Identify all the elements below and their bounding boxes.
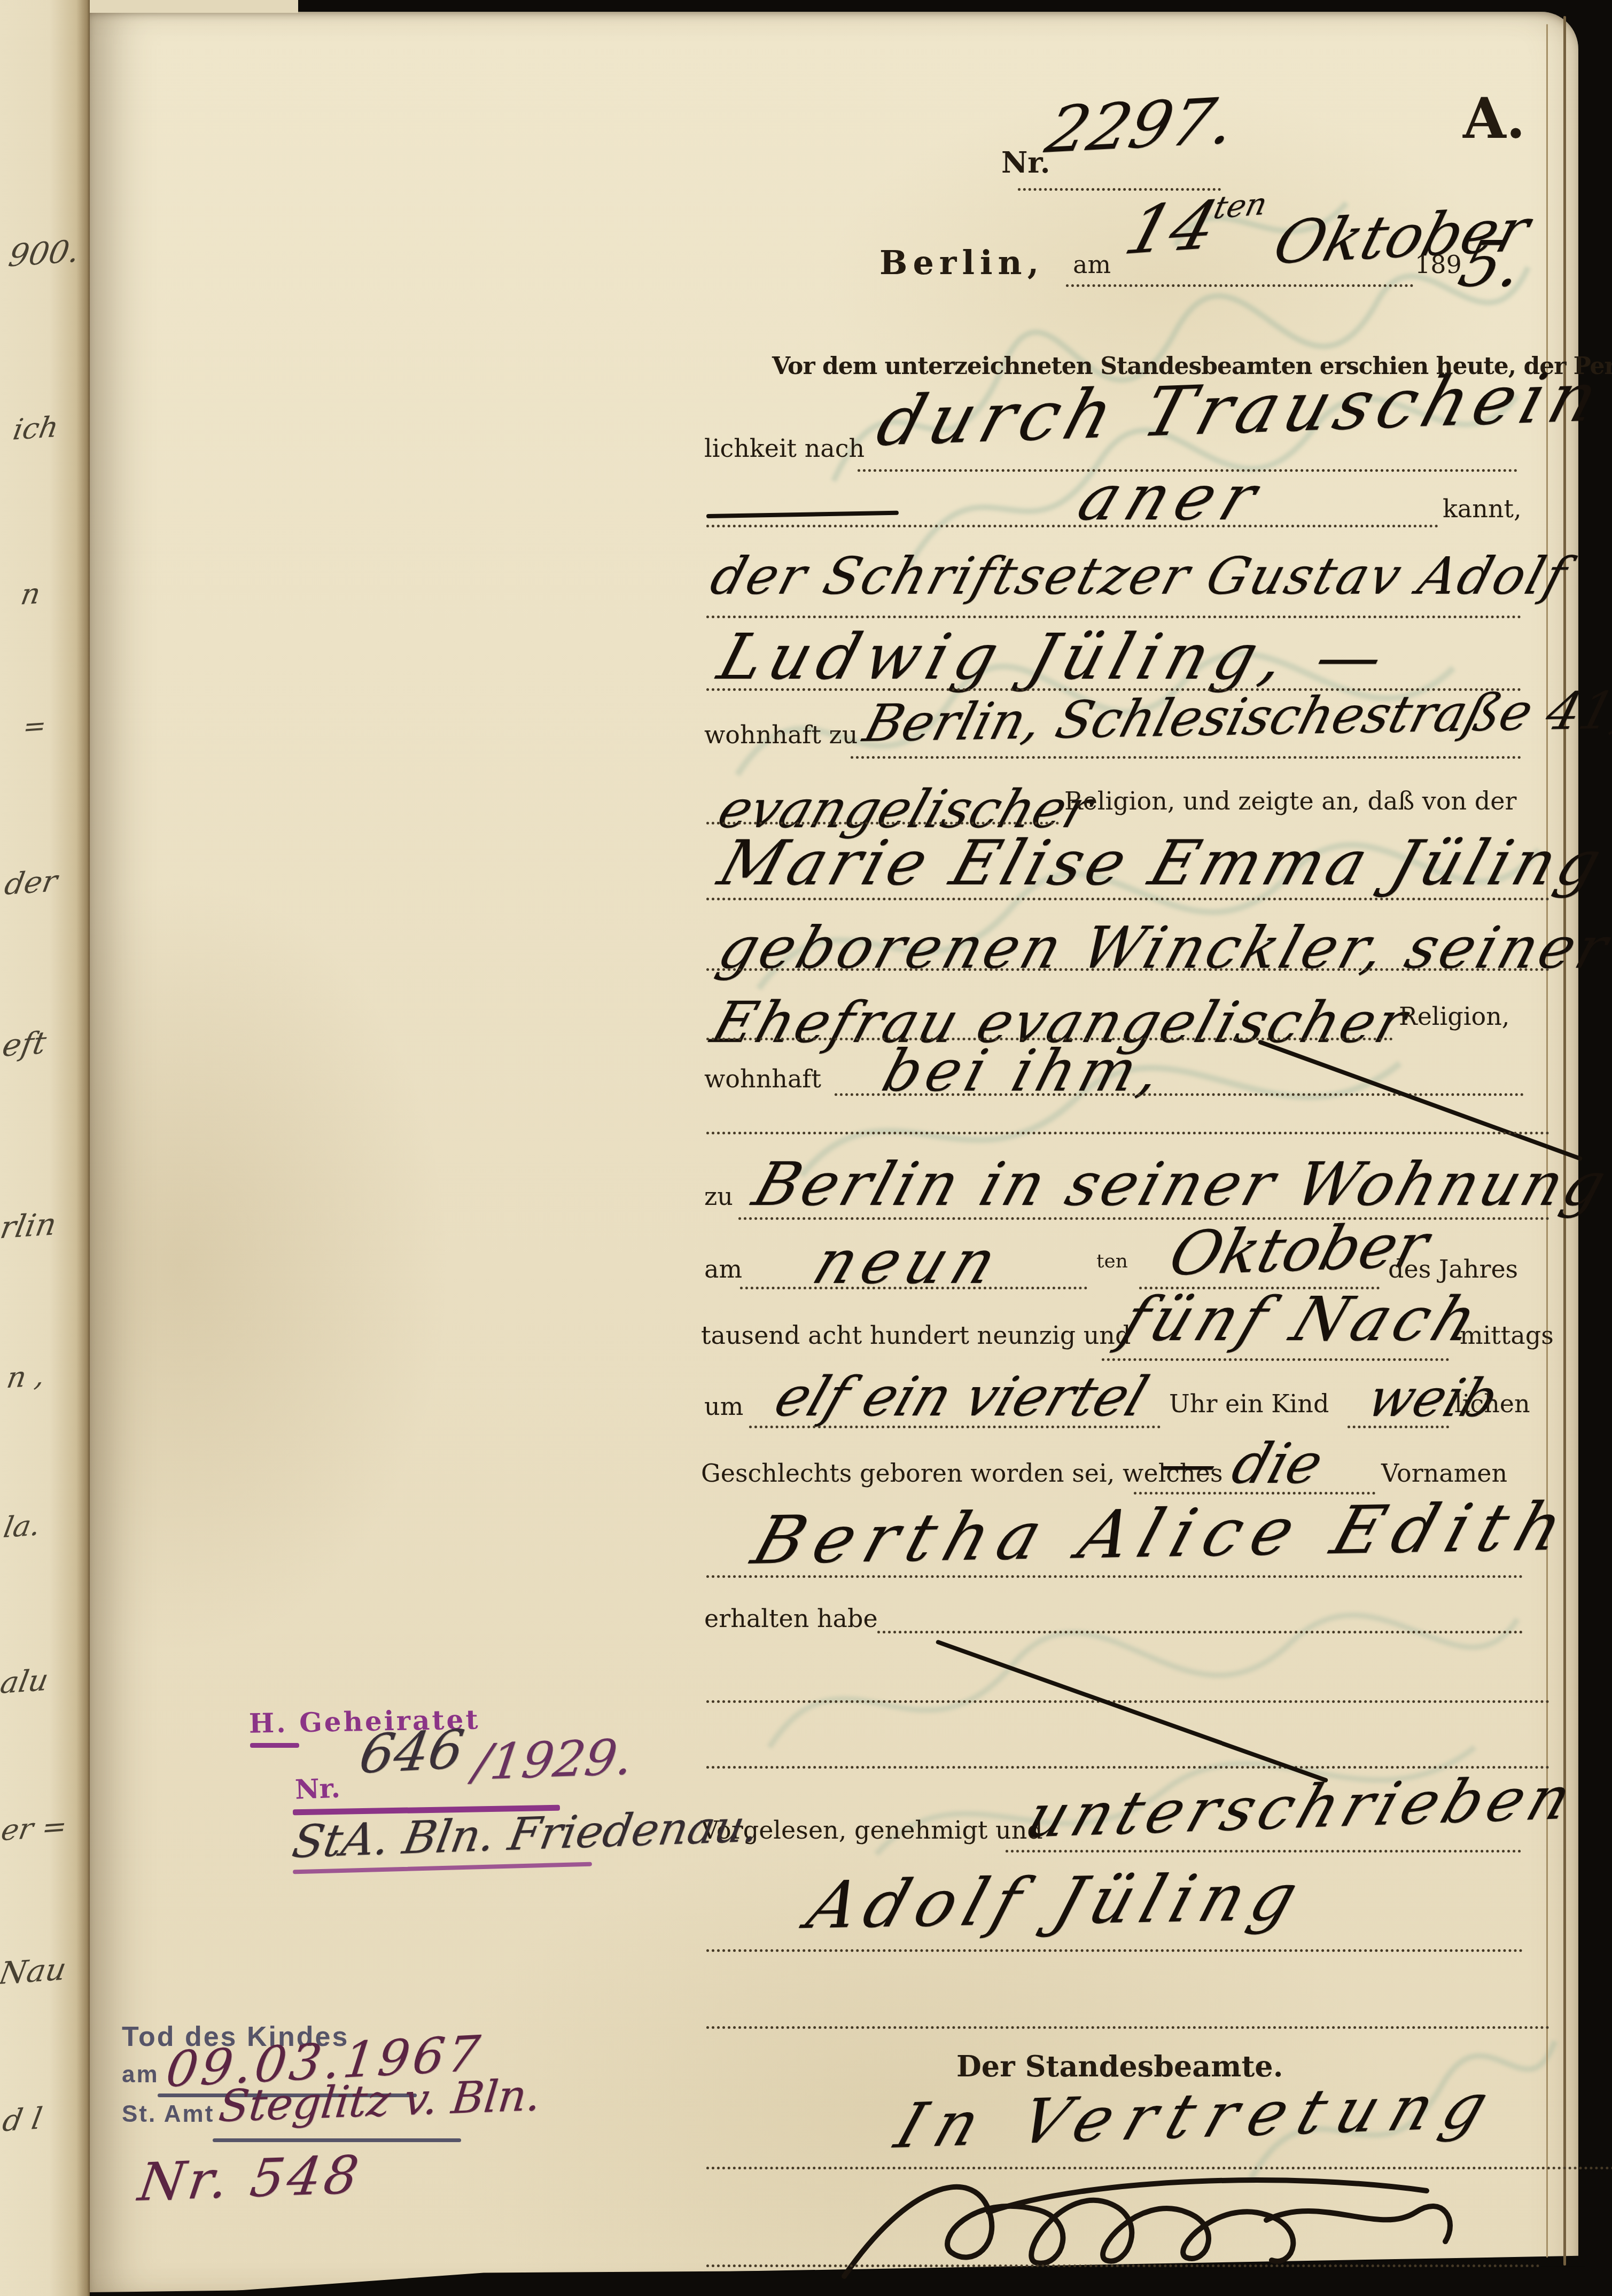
birthplace-value: Berlin in seiner Wohnung — [745, 1150, 1612, 1219]
page-fragment: rlin — [0, 1206, 59, 1246]
married-nr-year: /1929. — [470, 1729, 636, 1791]
dotted-line — [1348, 1426, 1449, 1428]
dotted-line — [706, 1766, 1549, 1769]
sex-suffix-label: lichen — [1454, 1389, 1530, 1418]
death-nr-value: Nr. 548 — [135, 2145, 365, 2213]
dotted-line — [1066, 284, 1413, 287]
birthdate-am-label: am — [704, 1255, 742, 1283]
dotted-line — [835, 1093, 1524, 1096]
vornamen-label: Vornamen — [1381, 1459, 1507, 1488]
page-fragment: alu — [0, 1663, 51, 1701]
dotted-line — [706, 1949, 1523, 1952]
recognized-label: kannt, — [1443, 494, 1522, 523]
page-fragment: der — [2, 864, 60, 902]
corner-letter: A. — [1463, 85, 1525, 151]
dateline-day-suffix: ten — [1210, 185, 1271, 226]
record-number-value: 2297. — [1039, 84, 1243, 168]
married-nr-value: 646 — [355, 1718, 468, 1786]
dotted-line — [706, 2026, 1549, 2029]
received-label: erhalten habe — [704, 1604, 878, 1633]
page-fragment: ich — [11, 410, 61, 447]
mother-birthname-value: geborenen Winckler, seiner — [711, 915, 1612, 982]
page-fragment: 900. — [6, 233, 82, 274]
mother-residence-label: wohnhaft — [704, 1064, 821, 1093]
birthplace-label: zu — [704, 1182, 733, 1211]
dateline-am-label: am — [1073, 250, 1111, 279]
mother-religion-label: Religion, — [1399, 1002, 1509, 1031]
death-am-label: am — [122, 2061, 159, 2088]
declarant-value: der Schriftsetzer Gustav Adolf — [704, 546, 1575, 606]
dotted-line — [706, 898, 1549, 900]
dotted-line — [706, 616, 1521, 618]
dotted-line — [851, 756, 1521, 759]
time-um-label: um — [704, 1392, 743, 1421]
dotted-line — [706, 525, 1438, 527]
page-fragment: d l — [0, 2102, 45, 2139]
dotted-line — [706, 1132, 1549, 1134]
death-office-label: St. Amt — [122, 2101, 214, 2128]
scan-black-right — [1579, 0, 1612, 2296]
previous-page-edge — [0, 0, 90, 2296]
dateline-year-printed: 189 — [1415, 250, 1462, 279]
dotted-line — [740, 1287, 1087, 1289]
page-fragment: n , — [4, 1359, 48, 1395]
dotted-line — [1102, 1358, 1449, 1361]
married-nr-label: Nr. — [294, 1772, 341, 1805]
stamp-underline — [250, 1743, 299, 1748]
stamp-underline — [213, 2138, 461, 2142]
dotted-line — [706, 822, 1059, 824]
vornamen-dash-value: — die — [1151, 1431, 1331, 1496]
scanned-register-page: 900. ich n = der eft rlin n , la. alu er… — [0, 0, 1612, 2296]
father-signature: Adolf Jüling — [799, 1859, 1315, 1943]
time-uhr-label: Uhr ein Kind — [1169, 1389, 1329, 1418]
year-words-label: tausend acht hundert neunzig und — [701, 1321, 1131, 1350]
dotted-line — [706, 968, 1549, 971]
page-fragment: eft — [0, 1024, 49, 1063]
mother-name-value: Marie Elise Emma Jüling — [711, 827, 1612, 899]
identity-label: lichkeit nach — [704, 434, 865, 463]
dotted-line — [877, 1631, 1523, 1633]
paper-top-edge — [90, 0, 298, 13]
birthdate-suffix-label: ten — [1096, 1250, 1128, 1272]
dateline-city: Berlin, — [879, 243, 1044, 282]
dotted-line — [706, 1575, 1523, 1578]
page-fragment: la. — [1, 1508, 43, 1544]
sex-line-label: Geschlechts geboren worden sei, welches — [701, 1459, 1223, 1488]
mittags-label: mittags — [1460, 1321, 1554, 1350]
residence-label: wohnhaft zu — [704, 720, 858, 749]
declarant-value2: Ludwig Jüling, — — [711, 620, 1399, 694]
dotted-line — [706, 1700, 1549, 1703]
dotted-line — [1006, 1850, 1521, 1853]
page-fragment: er = — [0, 1809, 70, 1847]
page-fragment: Nau — [0, 1951, 69, 1991]
dotted-line — [749, 1426, 1161, 1428]
religion-label: Religion, und zeigte an, daß von der — [1064, 787, 1516, 815]
time-value: elf ein viertel — [767, 1365, 1156, 1429]
registrar-label: Der Standesbeamte. — [956, 2049, 1283, 2083]
birthdate-year-label: des Jahres — [1388, 1255, 1518, 1283]
recognized-value: aner — [1069, 461, 1275, 534]
year-words-value: fünf Nach — [1112, 1283, 1492, 1355]
child-names-value: Bertha Alice Edith — [744, 1489, 1583, 1579]
dotted-line — [706, 2264, 1540, 2267]
